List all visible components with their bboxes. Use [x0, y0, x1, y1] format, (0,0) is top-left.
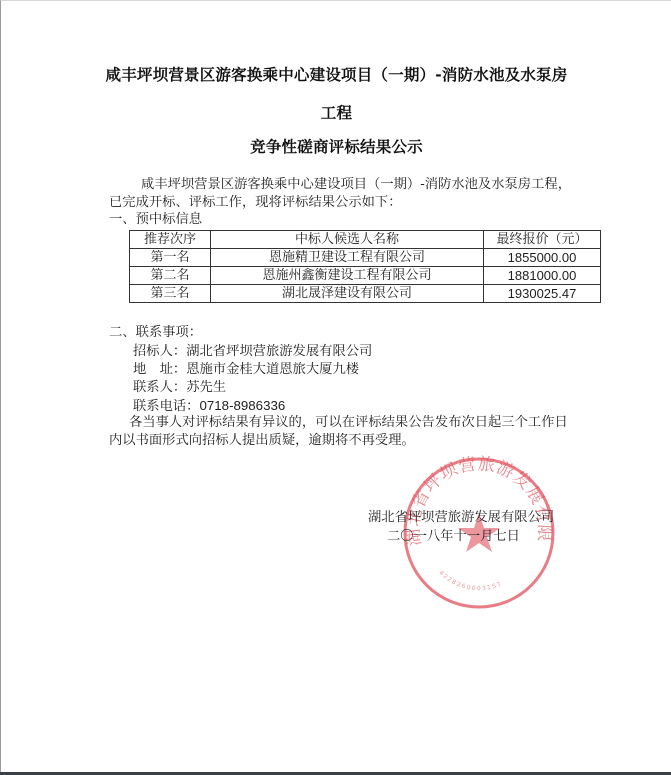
- cell-price: 1930025.47: [484, 285, 601, 303]
- cell-price: 1855000.00: [484, 249, 601, 267]
- table-header-row: 推荐次序 中标人候选人名称 最终报价（元）: [130, 231, 601, 249]
- contact-tenderer: 招标人：湖北省坪坝营旅游发展有限公司: [133, 343, 372, 360]
- phone-value: 0718-8986336: [199, 398, 285, 413]
- person-label: 联系人：: [133, 380, 186, 395]
- title-line-2: 工程: [1, 101, 671, 123]
- cell-rank: 第三名: [130, 285, 211, 303]
- cell-name: 恩施精卫建设工程有限公司: [211, 249, 484, 267]
- cell-name: 湖北晟泽建设有限公司: [211, 285, 484, 303]
- contact-person: 联系人：苏先生: [133, 379, 226, 396]
- signature-organization: 湖北省坪坝营旅游发展有限公司: [368, 506, 554, 525]
- table-row: 第二名 恩施州鑫衡建设工程有限公司 1881000.00: [130, 267, 601, 285]
- intro-line-2: 已完成开标、评标工作，现将评标结果公示如下：: [109, 194, 402, 211]
- section-2-heading: 二、联系事项：: [109, 324, 202, 341]
- contact-phone: 联系电话：0718-8986336: [133, 397, 285, 415]
- tenderer-value: 湖北省坪坝营旅游发展有限公司: [186, 344, 372, 359]
- person-value: 苏先生: [186, 380, 226, 395]
- cell-name: 恩施州鑫衡建设工程有限公司: [211, 267, 484, 285]
- title-line-1: 咸丰坪坝营景区游客换乘中心建设项目（一期）-消防水池及水泵房: [1, 63, 671, 85]
- contact-address: 地 址：恩施市金桂大道恩旅大厦九楼: [133, 361, 359, 378]
- section-1-heading: 一、预中标信息: [109, 211, 202, 228]
- objection-line-2: 内以书面形式向招标人提出质疑，逾期将不再受理。: [109, 432, 415, 449]
- table-row: 第三名 湖北晟泽建设有限公司 1930025.47: [130, 285, 601, 303]
- address-label: 地 址：: [133, 362, 186, 377]
- cell-rank: 第二名: [130, 267, 211, 285]
- document-page: 咸丰坪坝营景区游客换乘中心建设项目（一期）-消防水池及水泵房 工程 竞争性磋商评…: [0, 0, 671, 773]
- stamp-number: 4228260003157: [438, 569, 504, 592]
- header-price: 最终报价（元）: [484, 231, 601, 249]
- intro-line-1: 咸丰坪坝营景区游客换乘中心建设项目（一期）-消防水池及水泵房工程，: [141, 176, 571, 193]
- table-row: 第一名 恩施精卫建设工程有限公司 1855000.00: [130, 249, 601, 267]
- cell-price: 1881000.00: [484, 267, 601, 285]
- cell-rank: 第一名: [130, 249, 211, 267]
- header-rank: 推荐次序: [130, 231, 211, 249]
- bid-results-table: 推荐次序 中标人候选人名称 最终报价（元） 第一名 恩施精卫建设工程有限公司 1…: [129, 230, 601, 303]
- header-name: 中标人候选人名称: [211, 231, 484, 249]
- svg-text:4228260003157: 4228260003157: [438, 569, 504, 592]
- phone-label: 联系电话：: [133, 399, 199, 414]
- address-value: 恩施市金桂大道恩旅大厦九楼: [186, 362, 359, 377]
- subtitle: 竞争性磋商评标结果公示: [1, 135, 671, 157]
- signature-date: 二〇一八年十一月七日: [387, 525, 520, 544]
- objection-line-1: 各当事人对评标结果有异议的，可以在评标结果公告发布次日起三个工作日: [129, 414, 568, 431]
- tenderer-label: 招标人：: [133, 344, 186, 359]
